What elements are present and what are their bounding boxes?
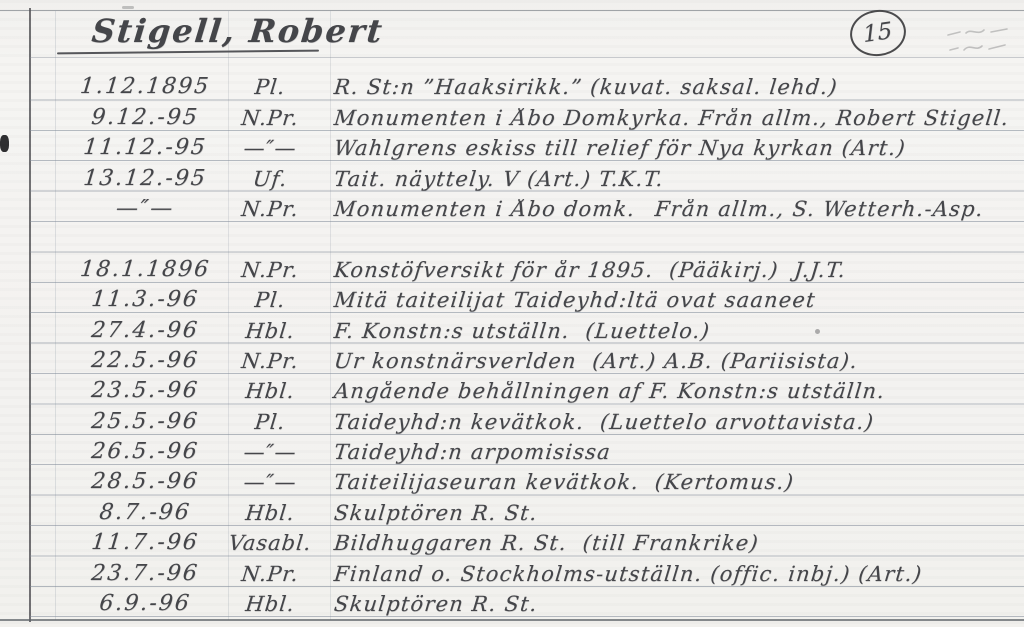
entry-text: Konstöfversikt för år 1895. (Pääkirj.) J…	[319, 260, 1024, 283]
entry-source: Hbl.	[219, 381, 321, 404]
entry-date: 27.4.-96	[69, 320, 222, 344]
title-underline	[57, 50, 319, 55]
entry-date: —″—	[69, 198, 222, 222]
entry-source: Pl.	[219, 77, 321, 100]
entry-date: 18.1.1896	[69, 259, 222, 283]
header-rule-line	[30, 57, 1024, 58]
entry-source: —″—	[219, 442, 321, 465]
entry-date: 6.9.-96	[69, 593, 222, 617]
entry-text: Monumenten i Åbo Domkyrka. Från allm., R…	[319, 108, 1024, 131]
page-number-badge: 15	[847, 6, 909, 59]
entry-date: 8.7.-96	[69, 502, 222, 526]
entry-source: N.Pr.	[219, 108, 321, 131]
entry-source: —″—	[219, 472, 321, 495]
table-row: 11.12.-95 —″— Wahlgrens eskiss till reli…	[30, 131, 1024, 161]
page-number: 15	[863, 18, 894, 48]
table-row: 22.5.-96 N.Pr. Ur konstnärsverlden (Art.…	[30, 344, 1024, 374]
entry-date: 28.5.-96	[69, 471, 222, 495]
entry-text: Skulptören R. St.	[319, 594, 1024, 617]
pencil-scribble-marks	[945, 26, 1017, 62]
table-row: 25.5.-96 Pl. Taideyhd:n kevätkok. (Luett…	[30, 404, 1024, 434]
entry-date: 22.5.-96	[69, 350, 222, 374]
entry-text: R. St:n ”Haaksirikk.” (kuvat. saksal. le…	[319, 77, 1024, 100]
entry-text: F. Konstn:s utställn. (Luettelo.)	[319, 321, 1024, 344]
table-row: 6.9.-96 Hbl. Skulptören R. St.	[30, 587, 1024, 617]
entry-source: Hbl.	[219, 321, 321, 344]
entry-date: 11.7.-96	[69, 532, 222, 556]
entry-source: Vasabl.	[219, 533, 321, 556]
table-row: 18.1.1896 N.Pr. Konstöfversikt för år 18…	[30, 252, 1024, 282]
entry-date: 23.7.-96	[69, 563, 222, 587]
scan-speck	[815, 329, 820, 334]
entry-source: Hbl.	[219, 594, 321, 617]
bottom-rule-line	[0, 619, 1024, 621]
scan-speck	[122, 6, 134, 9]
entry-text: Wahlgrens eskiss till relief för Nya kyr…	[319, 138, 1024, 161]
table-row: 11.3.-96 Pl. Mitä taiteilijat Taideyhd:l…	[30, 283, 1024, 313]
table-row: 9.12.-95 N.Pr. Monumenten i Åbo Domkyrka…	[30, 100, 1024, 130]
blank-ruled-line	[30, 222, 1024, 252]
entry-text: Monumenten i Åbo domk. Från allm., S. We…	[319, 199, 1024, 222]
table-row: 28.5.-96 —″— Taiteilijaseuran kevätkok. …	[30, 465, 1024, 495]
entry-date: 26.5.-96	[69, 441, 222, 465]
entry-date: 25.5.-96	[69, 411, 222, 435]
table-row: 23.7.-96 N.Pr. Finland o. Stockholms-uts…	[30, 556, 1024, 586]
scan-speck	[0, 135, 9, 152]
entry-date: 11.3.-96	[69, 289, 222, 313]
entry-source: —″—	[219, 138, 321, 161]
entry-date: 23.5.-96	[69, 380, 222, 404]
table-row: 13.12.-95 Uf. Tait. näyttely. V (Art.) T…	[30, 161, 1024, 191]
entry-text: Tait. näyttely. V (Art.) T.K.T.	[319, 169, 1024, 192]
table-row: 23.5.-96 Hbl. Angående behållningen af F…	[30, 374, 1024, 404]
entry-text: Taideyhd:n kevätkok. (Luettelo arvottavi…	[319, 412, 1024, 435]
entry-text: Finland o. Stockholms-utställn. (offic. …	[319, 564, 1024, 587]
entry-source: N.Pr.	[219, 199, 321, 222]
entry-source: Pl.	[219, 290, 321, 313]
entry-text: Taideyhd:n arpomisissa	[319, 442, 1024, 465]
entries-table: 1.12.1895 Pl. R. St:n ”Haaksirikk.” (kuv…	[30, 70, 1024, 617]
table-row: 27.4.-96 Hbl. F. Konstn:s utställn. (Lue…	[30, 313, 1024, 343]
entry-text: Bildhuggaren R. St. (till Frankrike)	[319, 533, 1024, 556]
table-row: 26.5.-96 —″— Taideyhd:n arpomisissa	[30, 435, 1024, 465]
entry-date: 11.12.-95	[69, 137, 222, 161]
table-row: 11.7.-96 Vasabl. Bildhuggaren R. St. (ti…	[30, 526, 1024, 556]
entry-source: N.Pr.	[219, 564, 321, 587]
entry-source: N.Pr.	[219, 351, 321, 374]
ledger-page: Stigell, Robert 15 1.12.1895 Pl. R. St:n…	[0, 0, 1024, 627]
entry-date: 9.12.-95	[69, 107, 222, 131]
entry-source: N.Pr.	[219, 260, 321, 283]
table-row: 1.12.1895 Pl. R. St:n ”Haaksirikk.” (kuv…	[30, 70, 1024, 100]
entry-date: 13.12.-95	[69, 168, 222, 192]
table-row: 8.7.-96 Hbl. Skulptören R. St.	[30, 495, 1024, 525]
page-title: Stigell, Robert	[90, 12, 386, 50]
entry-date: 1.12.1895	[69, 76, 222, 100]
entry-source: Hbl.	[219, 503, 321, 526]
entry-text: Ur konstnärsverlden (Art.) A.B. (Pariisi…	[319, 351, 1024, 374]
entry-text: Taiteilijaseuran kevätkok. (Kertomus.)	[319, 472, 1024, 495]
entry-source: Uf.	[219, 169, 321, 192]
entry-text: Angående behållningen af F. Konstn:s uts…	[319, 381, 1024, 404]
entry-text: Skulptören R. St.	[319, 503, 1024, 526]
table-row: —″— N.Pr. Monumenten i Åbo domk. Från al…	[30, 192, 1024, 222]
entry-source: Pl.	[219, 412, 321, 435]
entry-text: Mitä taiteilijat Taideyhd:ltä ovat saane…	[319, 290, 1024, 313]
